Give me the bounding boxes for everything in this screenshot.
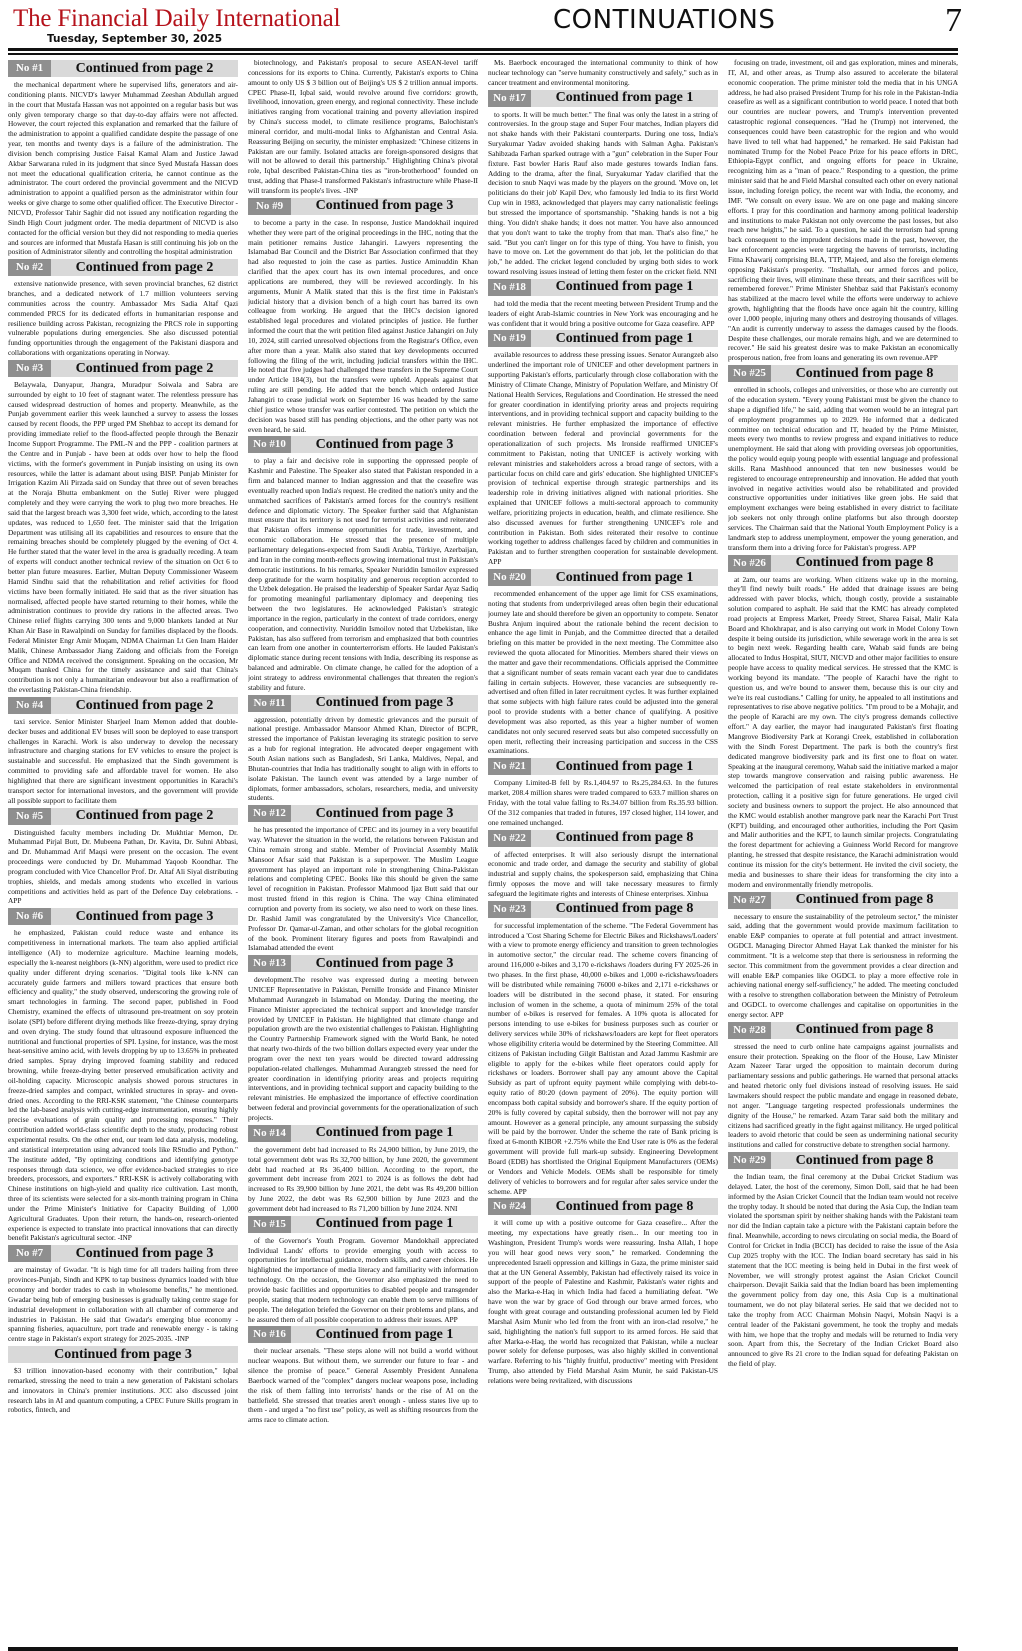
- article-number-badge: No #16: [248, 1326, 291, 1343]
- article-number-badge: No #21: [488, 758, 531, 775]
- article-body: to play a fair and decisive role in supp…: [248, 456, 478, 692]
- article-body: to become a party in the case. In respon…: [248, 218, 478, 435]
- article-body: available resources to address these pre…: [488, 350, 718, 567]
- continued-from-label: Continued from page 2: [51, 811, 238, 821]
- article-body: biotechnology, and Pakistan's proposal t…: [248, 58, 478, 196]
- article-body: are mainstay of Gwadar. "It is high time…: [8, 1265, 238, 1344]
- article-body: of affected enterprises. It will also se…: [488, 850, 718, 899]
- continuation-header: No #3Continued from page 2: [8, 360, 238, 377]
- continued-from-label: Continued from page 3: [51, 1249, 238, 1259]
- continuation-header: No #10Continued from page 3: [248, 436, 478, 453]
- continued-from-label: Continued from page 1: [291, 1128, 478, 1138]
- continuation-article: No #23Continued from page 8for successfu…: [488, 901, 718, 1197]
- continued-from-label: Continued from page 8: [771, 558, 958, 568]
- continued-from-label: Continued from page 3: [291, 959, 478, 969]
- article-body: at 2am, our teams are working. When citi…: [728, 575, 958, 890]
- continued-from-label: Continued from page 3: [291, 698, 478, 708]
- article-body: taxi service. Senior Minister Sharjeel I…: [8, 717, 238, 806]
- continuation-header: No #24Continued from page 8: [488, 1198, 718, 1215]
- continuation-article: biotechnology, and Pakistan's proposal t…: [248, 58, 478, 196]
- continuation-article: No #9Continued from page 3to become a pa…: [248, 198, 478, 435]
- column-3: Ms. Baerbock encouraged the internationa…: [488, 58, 718, 1644]
- continued-from-label: Continued from page 3: [291, 809, 478, 819]
- article-number-badge: No #26: [728, 555, 771, 572]
- header-rule: [8, 48, 958, 51]
- continued-from-label: Continued from page 1: [531, 93, 718, 103]
- continuation-header: No #11Continued from page 3: [248, 695, 478, 712]
- continuation-article: No #19Continued from page 1available res…: [488, 330, 718, 567]
- column-1: No #1Continued from page 2the mechanical…: [8, 58, 238, 1644]
- article-body: the mechanical department where he super…: [8, 80, 238, 257]
- continuation-article: No #22Continued from page 8of affected e…: [488, 830, 718, 899]
- article-number-badge: No #22: [488, 830, 531, 847]
- section-title: CONTINUATIONS: [553, 5, 775, 35]
- article-number-badge: No #1: [8, 60, 51, 77]
- article-columns: No #1Continued from page 2the mechanical…: [8, 58, 958, 1644]
- article-number-badge: No #27: [728, 892, 771, 909]
- article-number-badge: No #28: [728, 1022, 771, 1039]
- continuation-article: focusing on trade, investment, oil and g…: [728, 58, 958, 363]
- continuation-article: No #10Continued from page 3to play a fai…: [248, 436, 478, 692]
- continued-from-label: Continued from page 8: [771, 1156, 958, 1166]
- continuation-header: No #28Continued from page 8: [728, 1022, 958, 1039]
- continuation-article: No #11Continued from page 3aggression, p…: [248, 695, 478, 804]
- continuation-article: No #28Continued from page 8stressed the …: [728, 1022, 958, 1150]
- article-number-badge: No #29: [728, 1152, 771, 1169]
- continued-from-label: Continued from page 3: [51, 912, 238, 922]
- continuation-article: No #27Continued from page 8necessary to …: [728, 892, 958, 1020]
- continuation-header: No #9Continued from page 3: [248, 198, 478, 215]
- article-body: their nuclear arsenals. "These steps alo…: [248, 1346, 478, 1425]
- column-4: focusing on trade, investment, oil and g…: [728, 58, 958, 1644]
- continuation-header: No #18Continued from page 1: [488, 279, 718, 296]
- article-body: development.The resolve was expressed du…: [248, 975, 478, 1123]
- article-number-badge: No #17: [488, 90, 531, 107]
- article-number-badge: No #2: [8, 259, 51, 276]
- article-number-badge: No #24: [488, 1198, 531, 1215]
- continuation-article: Ms. Baerbock encouraged the internationa…: [488, 58, 718, 88]
- article-body: extensive nationwide presence, with seve…: [8, 279, 238, 358]
- issue-date: Tuesday, September 30, 2025: [47, 33, 222, 45]
- article-number-badge: No #14: [248, 1125, 291, 1142]
- continuation-header: No #15Continued from page 1: [248, 1216, 478, 1233]
- continued-from-label: Continued from page 3: [291, 201, 478, 211]
- article-body: to sports. It will be much better." The …: [488, 110, 718, 277]
- article-number-badge: No #15: [248, 1216, 291, 1233]
- continued-from-label: Continued from page 1: [291, 1219, 478, 1229]
- article-body: stressed the need to curb online hate ca…: [728, 1042, 958, 1150]
- article-body: Belaywala, Danyapur, Jhangra, Muradpur S…: [8, 380, 238, 695]
- continuation-header: No #12Continued from page 3: [248, 805, 478, 822]
- article-number-badge: No #5: [8, 808, 51, 825]
- continued-from-label: Continued from page 8: [531, 1202, 718, 1212]
- continued-from-label: Continued from page 8: [531, 833, 718, 843]
- article-number-badge: No #6: [8, 908, 51, 925]
- article-body: the government debt had increased to Rs …: [248, 1145, 478, 1214]
- continued-from-label: Continued from page 3: [8, 1350, 238, 1360]
- article-number-badge: No #11: [248, 695, 291, 712]
- article-body: had told the media that the recent meeti…: [488, 299, 718, 329]
- continuation-header: No #1Continued from page 2: [8, 60, 238, 77]
- article-number-badge: No #23: [488, 901, 531, 918]
- page-number: 7: [945, 2, 962, 40]
- article-body: enrolled in schools, colleges and univer…: [728, 385, 958, 552]
- continued-from-label: Continued from page 1: [291, 1330, 478, 1340]
- article-number-badge: No #4: [8, 697, 51, 714]
- continuation-article: No #3Continued from page 2Belaywala, Dan…: [8, 360, 238, 695]
- continued-from-label: Continued from page 1: [531, 282, 718, 292]
- continued-from-label: Continued from page 1: [531, 573, 718, 583]
- continuation-header: No #2Continued from page 2: [8, 259, 238, 276]
- continuation-header: No #19Continued from page 1: [488, 330, 718, 347]
- article-number-badge: No #9: [248, 198, 291, 215]
- continuation-header: No #4Continued from page 2: [8, 697, 238, 714]
- continued-from-label: Continued from page 2: [51, 64, 238, 74]
- continuation-article: No #5Continued from page 2Distinguished …: [8, 808, 238, 907]
- continuation-article: No #2Continued from page 2extensive nati…: [8, 259, 238, 358]
- paper-name: The Financial Daily International: [13, 5, 340, 33]
- article-number-badge: No #20: [488, 569, 531, 586]
- article-number-badge: No #10: [248, 436, 291, 453]
- continued-from-label: Continued from page 8: [771, 895, 958, 905]
- continuation-header: No #22Continued from page 8: [488, 830, 718, 847]
- article-number-badge: No #19: [488, 330, 531, 347]
- continuation-article: No #15Continued from page 1of the Govern…: [248, 1216, 478, 1325]
- continuation-article: No #13Continued from page 3development.T…: [248, 955, 478, 1123]
- continuation-article: No #26Continued from page 8at 2am, our t…: [728, 555, 958, 890]
- article-body: $3 trillion innovation-based economy wit…: [8, 1366, 238, 1415]
- continuation-header: No #16Continued from page 1: [248, 1326, 478, 1343]
- article-body: Ms. Baerbock encouraged the internationa…: [488, 58, 718, 88]
- masthead: The Financial Daily International Tuesda…: [0, 0, 1022, 50]
- article-number-badge: No #18: [488, 279, 531, 296]
- article-body: aggression, potentially driven by domest…: [248, 715, 478, 804]
- continuation-article: No #18Continued from page 1had told the …: [488, 279, 718, 329]
- continuation-article: No #6Continued from page 3he emphasized,…: [8, 908, 238, 1243]
- article-number-badge: No #12: [248, 805, 291, 822]
- continuation-header: No #26Continued from page 8: [728, 555, 958, 572]
- continuation-header: No #21Continued from page 1: [488, 758, 718, 775]
- article-number-badge: No #25: [728, 365, 771, 382]
- continued-from-label: Continued from page 8: [531, 904, 718, 914]
- article-body: focusing on trade, investment, oil and g…: [728, 58, 958, 363]
- continuation-article: No #14Continued from page 1the governmen…: [248, 1125, 478, 1214]
- continuation-article: No #4Continued from page 2taxi service. …: [8, 697, 238, 806]
- article-body: necessary to ensure the sustainability o…: [728, 912, 958, 1020]
- article-body: the Indian team, the final ceremony at t…: [728, 1172, 958, 1369]
- article-body: it will come up with a positive outcome …: [488, 1218, 718, 1385]
- continued-from-label: Continued from page 3: [291, 440, 478, 450]
- continuation-header: No #20Continued from page 1: [488, 569, 718, 586]
- article-number-badge: No #3: [8, 360, 51, 377]
- continuation-article: No #7Continued from page 3are mainstay o…: [8, 1245, 238, 1344]
- continuation-header: No #17Continued from page 1: [488, 90, 718, 107]
- continued-from-label: Continued from page 1: [531, 334, 718, 344]
- continuation-header: No #27Continued from page 8: [728, 892, 958, 909]
- header-rule-thin: [8, 53, 958, 55]
- continuation-header: No #23Continued from page 8: [488, 901, 718, 918]
- article-body: Distinguished faculty members including …: [8, 828, 238, 907]
- continued-from-label: Continued from page 8: [771, 369, 958, 379]
- article-number-badge: No #13: [248, 955, 291, 972]
- continuation-article: Continued from page 3$3 trillion innovat…: [8, 1346, 238, 1415]
- continuation-article: No #17Continued from page 1to sports. It…: [488, 90, 718, 277]
- continuation-article: No #24Continued from page 8it will come …: [488, 1198, 718, 1385]
- continued-from-label: Continued from page 2: [51, 263, 238, 273]
- article-body: for successful implementation of the sch…: [488, 921, 718, 1197]
- continuation-header: No #13Continued from page 3: [248, 955, 478, 972]
- continuation-article: No #16Continued from page 1their nuclear…: [248, 1326, 478, 1425]
- continuation-article: No #29Continued from page 8the Indian te…: [728, 1152, 958, 1369]
- article-body: he emphasized, Pakistan could reduce was…: [8, 928, 238, 1243]
- continuation-article: No #21Continued from page 1Company Limit…: [488, 758, 718, 827]
- article-body: he has presented the importance of CPEC …: [248, 825, 478, 953]
- continued-from-label: Continued from page 8: [771, 1025, 958, 1035]
- article-body: Company Limited-B fell by Rs.1,404.97 to…: [488, 778, 718, 827]
- continuation-article: No #25Continued from page 8enrolled in s…: [728, 365, 958, 552]
- continuation-article: No #20Continued from page 1recommended e…: [488, 569, 718, 756]
- column-2: biotechnology, and Pakistan's proposal t…: [248, 58, 478, 1644]
- continuation-article: No #12Continued from page 3he has presen…: [248, 805, 478, 953]
- continued-from-label: Continued from page 1: [531, 762, 718, 772]
- footer-rule: [8, 1647, 958, 1651]
- continued-from-label: Continued from page 2: [51, 701, 238, 711]
- article-number-badge: No #7: [8, 1245, 51, 1262]
- continuation-article: No #1Continued from page 2the mechanical…: [8, 60, 238, 257]
- continuation-header: No #7Continued from page 3: [8, 1245, 238, 1262]
- continuation-header: No #29Continued from page 8: [728, 1152, 958, 1169]
- continuation-header: No #6Continued from page 3: [8, 908, 238, 925]
- continuation-header: No #14Continued from page 1: [248, 1125, 478, 1142]
- continued-from-label: Continued from page 2: [51, 364, 238, 374]
- continuation-header: No #25Continued from page 8: [728, 365, 958, 382]
- continuation-header: Continued from page 3: [8, 1346, 238, 1363]
- article-body: recommended enhancement of the upper age…: [488, 589, 718, 756]
- article-body: of the Governor's Youth Program. Governo…: [248, 1236, 478, 1325]
- continuation-header: No #5Continued from page 2: [8, 808, 238, 825]
